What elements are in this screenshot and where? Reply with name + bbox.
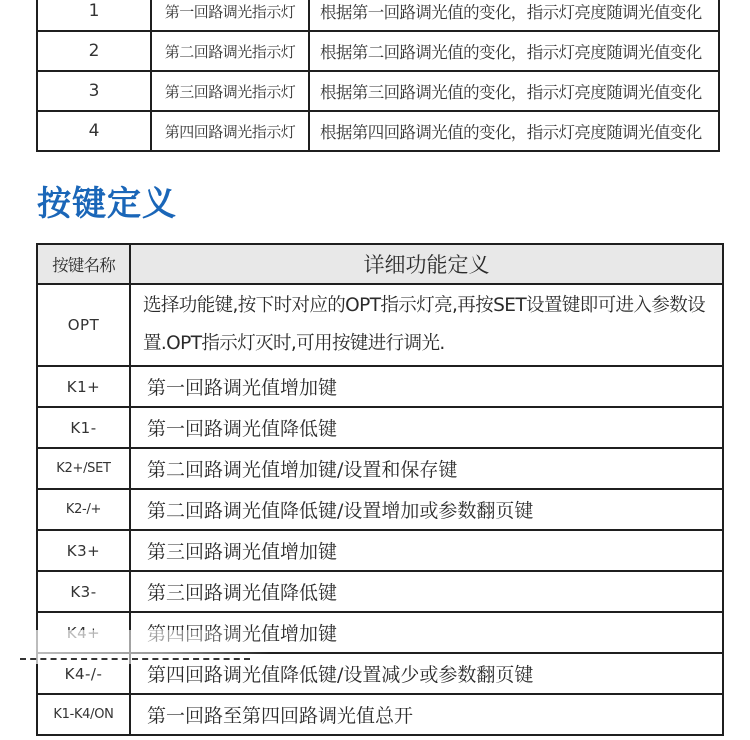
column-header-description: 详细功能定义 — [130, 244, 723, 284]
section-title: 按键定义 — [37, 182, 177, 226]
key-description: 第一回路调光值降低键 — [130, 407, 723, 448]
indicator-name: 第三回路调光指示灯 — [151, 71, 309, 111]
key-description: 第三回路调光值增加键 — [130, 530, 723, 571]
indicator-light-table: 1 第一回路调光指示灯 根据第一回路调光值的变化，指示灯亮度随调光值变化 2 第… — [36, 0, 720, 152]
key-name: K3- — [37, 571, 130, 612]
indicator-number: 2 — [37, 31, 151, 71]
indicator-description: 根据第四回路调光值的变化，指示灯亮度随调光值变化 — [309, 111, 719, 151]
table-row: K4+ 第四回路调光值增加键 — [37, 612, 723, 653]
indicator-number: 1 — [37, 0, 151, 31]
key-description: 第三回路调光值降低键 — [130, 571, 723, 612]
key-name: K1+ — [37, 366, 130, 407]
indicator-number: 3 — [37, 71, 151, 111]
indicator-description: 根据第一回路调光值的变化，指示灯亮度随调光值变化 — [309, 0, 719, 31]
key-name: OPT — [37, 284, 130, 366]
key-description: 第四回路调光值降低键/设置减少或参数翻页键 — [130, 653, 723, 694]
indicator-number: 4 — [37, 111, 151, 151]
key-name: K1- — [37, 407, 130, 448]
column-header-key-name: 按键名称 — [37, 244, 130, 284]
key-description: 第二回路调光值增加键/设置和保存键 — [130, 448, 723, 489]
table-row: OPT 选择功能键,按下时对应的OPT指示灯亮,再按SET设置键即可进入参数设置… — [37, 284, 723, 366]
table-header-row: 按键名称 详细功能定义 — [37, 244, 723, 284]
key-description: 第四回路调光值增加键 — [130, 612, 723, 653]
table-row: 1 第一回路调光指示灯 根据第一回路调光值的变化，指示灯亮度随调光值变化 — [37, 0, 719, 31]
table-row: K1- 第一回路调光值降低键 — [37, 407, 723, 448]
key-description: 第一回路调光值增加键 — [130, 366, 723, 407]
key-name: K4+ — [37, 612, 130, 653]
table-row: K2+/SET 第二回路调光值增加键/设置和保存键 — [37, 448, 723, 489]
key-name: K1-K4/ON — [37, 694, 130, 735]
table-row: K2-/+ 第二回路调光值降低键/设置增加或参数翻页键 — [37, 489, 723, 530]
indicator-name: 第一回路调光指示灯 — [151, 0, 309, 31]
table-row: 2 第二回路调光指示灯 根据第二回路调光值的变化，指示灯亮度随调光值变化 — [37, 31, 719, 71]
key-name: K2-/+ — [37, 489, 130, 530]
key-description: 第一回路至第四回路调光值总开 — [130, 694, 723, 735]
table-row: 3 第三回路调光指示灯 根据第三回路调光值的变化，指示灯亮度随调光值变化 — [37, 71, 719, 111]
table-row: K1+ 第一回路调光值增加键 — [37, 366, 723, 407]
indicator-description: 根据第三回路调光值的变化，指示灯亮度随调光值变化 — [309, 71, 719, 111]
indicator-description: 根据第二回路调光值的变化，指示灯亮度随调光值变化 — [309, 31, 719, 71]
table-row: K1-K4/ON 第一回路至第四回路调光值总开 — [37, 694, 723, 735]
key-name: K2+/SET — [37, 448, 130, 489]
key-definition-table: 按键名称 详细功能定义 OPT 选择功能键,按下时对应的OPT指示灯亮,再按SE… — [36, 243, 724, 736]
key-name: K4-/- — [37, 653, 130, 694]
indicator-name: 第二回路调光指示灯 — [151, 31, 309, 71]
table-row: K3+ 第三回路调光值增加键 — [37, 530, 723, 571]
indicator-name: 第四回路调光指示灯 — [151, 111, 309, 151]
table-row: K4-/- 第四回路调光值降低键/设置减少或参数翻页键 — [37, 653, 723, 694]
key-description: 第二回路调光值降低键/设置增加或参数翻页键 — [130, 489, 723, 530]
table-row: 4 第四回路调光指示灯 根据第四回路调光值的变化，指示灯亮度随调光值变化 — [37, 111, 719, 151]
table-row: K3- 第三回路调光值降低键 — [37, 571, 723, 612]
key-description: 选择功能键,按下时对应的OPT指示灯亮,再按SET设置键即可进入参数设置.OPT… — [130, 284, 723, 366]
key-name: K3+ — [37, 530, 130, 571]
